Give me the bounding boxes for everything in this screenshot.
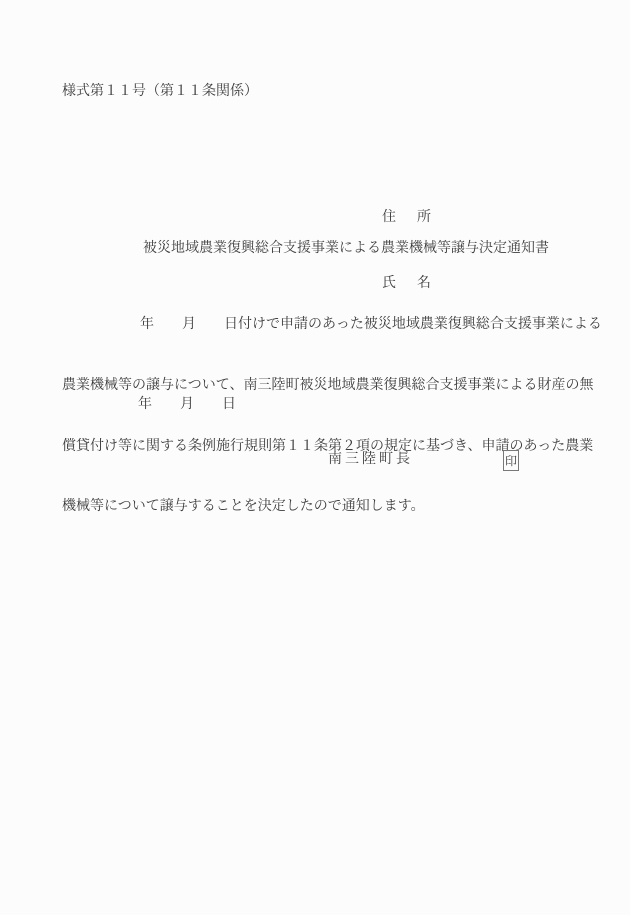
body-line-1: 年 月 日付けで申請のあった被災地域農業復興総合支援事業による	[62, 315, 602, 335]
document-title: 被災地域農業復興総合支援事業による農業機械等譲与決定通知書	[143, 241, 549, 256]
body-line-4: 機械等について譲与することを決定したので通知します。	[62, 497, 602, 517]
document-page: 様式第１１号（第１１条関係） 住 所 氏 名 被災地域農業復興総合支援事業による…	[0, 0, 630, 915]
body-line-2: 農業機械等の譲与について、南三陸町被災地域農業復興総合支援事業による財産の無	[62, 376, 602, 396]
signer-title: 南三陸町長	[328, 452, 413, 468]
seal-label: 印	[505, 455, 517, 467]
issue-date-line: 年 月 日	[138, 397, 236, 412]
form-number: 様式第１１号（第１１条関係）	[62, 84, 258, 99]
body-paragraph: 年 月 日付けで申請のあった被災地域農業復興総合支援事業による 農業機械等の譲与…	[62, 275, 602, 558]
recipient-address-label: 住 所	[382, 207, 435, 229]
seal-placeholder-box: 印	[503, 450, 519, 471]
